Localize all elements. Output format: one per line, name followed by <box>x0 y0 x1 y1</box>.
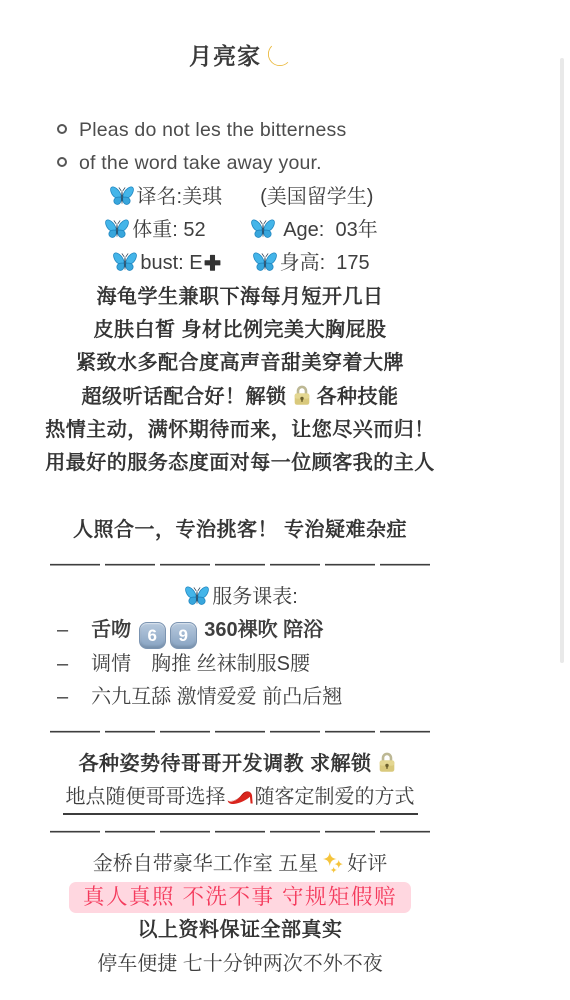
text-segment: 超级听话配合好！解锁 <box>82 386 287 408</box>
line-desc-2: 皮肤白皙 身材比例完美大胸屁股 <box>0 314 480 347</box>
text-segment: – <box>57 619 68 641</box>
ad-content: 月亮家 Pleas do not les the bitternessof th… <box>0 0 480 981</box>
text-segment: 海龟学生兼职下海每月短开几日 <box>97 286 384 308</box>
text-segment: 皮肤白皙 身材比例完美大胸屁股 <box>93 319 386 341</box>
text-segment: 各种技能 <box>317 386 399 408</box>
line-tagline: 人照合一，专治挑客！ 专治疑难杂症 <box>0 514 480 547</box>
text-segment: 身高: 175 <box>280 252 370 274</box>
line-service-heading: 服务课表: <box>0 581 480 614</box>
crescent-moon-icon <box>261 42 291 71</box>
scrollbar-thumb[interactable] <box>560 58 564 663</box>
text-segment: 人照合一，专治挑客！ 专治疑难杂症 <box>73 519 407 541</box>
text-segment: —— —— —— —— —— —— —— <box>50 716 430 744</box>
line-desc-5: 热情主动，满怀期待而来，让您尽兴而归！ <box>0 414 480 447</box>
text-segment: 紧致水多配合度高声音甜美穿着大牌 <box>76 352 404 374</box>
text-segment: 金桥自带豪华工作室 五星 <box>93 853 319 875</box>
text-segment: 360裸吹 陪浴 <box>199 619 323 641</box>
butterfly-icon <box>252 247 278 280</box>
text-segment: 调情 胸推 丝袜制服S腰 <box>91 653 310 675</box>
line-desc-4: 超级听话配合好！解锁各种技能 <box>0 381 480 414</box>
text-segment: —— —— —— —— —— —— —— <box>50 549 430 577</box>
lock-icon <box>287 381 317 414</box>
keycap-9-icon: 9 <box>170 622 197 649</box>
text-segment: – <box>57 686 68 708</box>
page-title-text: 月亮家 <box>189 43 261 69</box>
highlight-box: 真人真照 不洗不事 守规矩假赔 <box>69 882 411 913</box>
lock-icon <box>372 748 402 781</box>
line-guarantee-bold: 以上资料保证全部真实 <box>0 914 480 947</box>
line-stats-weight-age: 体重: 52 Age: 03年 <box>0 214 480 247</box>
text-segment: 译名:美琪 <box>137 186 223 208</box>
line-desc-1: 海龟学生兼职下海每月短开几日 <box>0 281 480 314</box>
text-segment: 六九互舔 激情爱爱 前凸后翘 <box>91 686 342 708</box>
text-segment: 好评 <box>347 853 387 875</box>
text-segment: Age: 03年 <box>278 219 378 241</box>
text-segment: 舌吻 <box>91 619 137 641</box>
line-guarantee-highlight: 真人真照 不洗不事 守规矩假赔 <box>0 881 480 914</box>
line-blank-line <box>0 481 480 514</box>
heavy-plus-icon <box>203 247 222 280</box>
line-divider-3: —— —— —— —— —— —— —— <box>0 814 480 847</box>
text-segment: —— —— —— —— —— —— —— <box>50 816 430 844</box>
text-segment: 随客定制爱的方式 <box>255 786 415 808</box>
bullet-icon <box>57 157 67 167</box>
line-en-line-2: of the word take away your. <box>0 147 480 180</box>
line-desc-3: 紧致水多配合度高声音甜美穿着大牌 <box>0 347 480 380</box>
line-divider-2: —— —— —— —— —— —— —— <box>0 714 480 747</box>
line-parking-line: 停车便捷 七十分钟两次不外不夜 <box>0 948 480 981</box>
text-segment: 真人真照 不洗不事 守规矩假赔 <box>83 885 397 909</box>
text-segment: 服务课表: <box>212 586 298 608</box>
line-en-line-1: Pleas do not les the bitterness <box>0 114 480 147</box>
text-segment: 地点随便哥哥选择 <box>66 786 226 808</box>
butterfly-icon <box>104 214 130 247</box>
butterfly-icon <box>250 214 276 247</box>
text-segment: 用最好的服务态度面对每一位顾客我的主人 <box>45 452 435 474</box>
line-desc-6: 用最好的服务态度面对每一位顾客我的主人 <box>0 447 480 480</box>
bullet-icon <box>57 124 67 134</box>
text-segment: of the word take away your. <box>79 152 322 174</box>
line-location-line: 地点随便哥哥选择随客定制爱的方式 <box>0 781 480 814</box>
text-segment: 体重: 52 <box>132 219 205 241</box>
text-segment: Pleas do not les the bitterness <box>79 119 346 141</box>
text-segment: 以上资料保证全部真实 <box>138 919 343 941</box>
text-segment: 热情主动，满怀期待而来，让您尽兴而归！ <box>45 419 435 441</box>
keycap-6-icon: 6 <box>139 622 166 649</box>
underlined-box: 地点随便哥哥选择随客定制爱的方式 <box>63 783 418 815</box>
high-heel-icon <box>226 783 255 812</box>
text-segment: 停车便捷 七十分钟两次不外不夜 <box>97 953 383 975</box>
sparkles-icon <box>318 848 347 881</box>
butterfly-icon <box>109 181 135 214</box>
line-service-item-3: –六九互舔 激情爱爱 前凸后翘 <box>0 681 480 714</box>
line-studio-line: 金桥自带豪华工作室 五星好评 <box>0 848 480 881</box>
line-service-item-1: –舌吻 69 360裸吹 陪浴 <box>0 614 480 647</box>
line-stats-bust-height: bust: E身高: 175 <box>0 247 480 280</box>
butterfly-icon <box>112 247 138 280</box>
text-lines: Pleas do not les the bitternessof the wo… <box>0 114 480 981</box>
page-title: 月亮家 <box>0 42 480 70</box>
line-stats-name: 译名:美琪(美国留学生) <box>0 181 480 214</box>
text-segment: – <box>57 653 68 675</box>
line-pose-line: 各种姿势待哥哥开发调教 求解锁 <box>0 748 480 781</box>
butterfly-icon <box>184 581 210 614</box>
text-segment: (美国留学生) <box>260 186 373 208</box>
text-segment: 各种姿势待哥哥开发调教 求解锁 <box>78 753 371 775</box>
line-divider-1: —— —— —— —— —— —— —— <box>0 547 480 580</box>
line-service-item-2: –调情 胸推 丝袜制服S腰 <box>0 648 480 681</box>
text-segment: bust: E <box>140 252 202 274</box>
